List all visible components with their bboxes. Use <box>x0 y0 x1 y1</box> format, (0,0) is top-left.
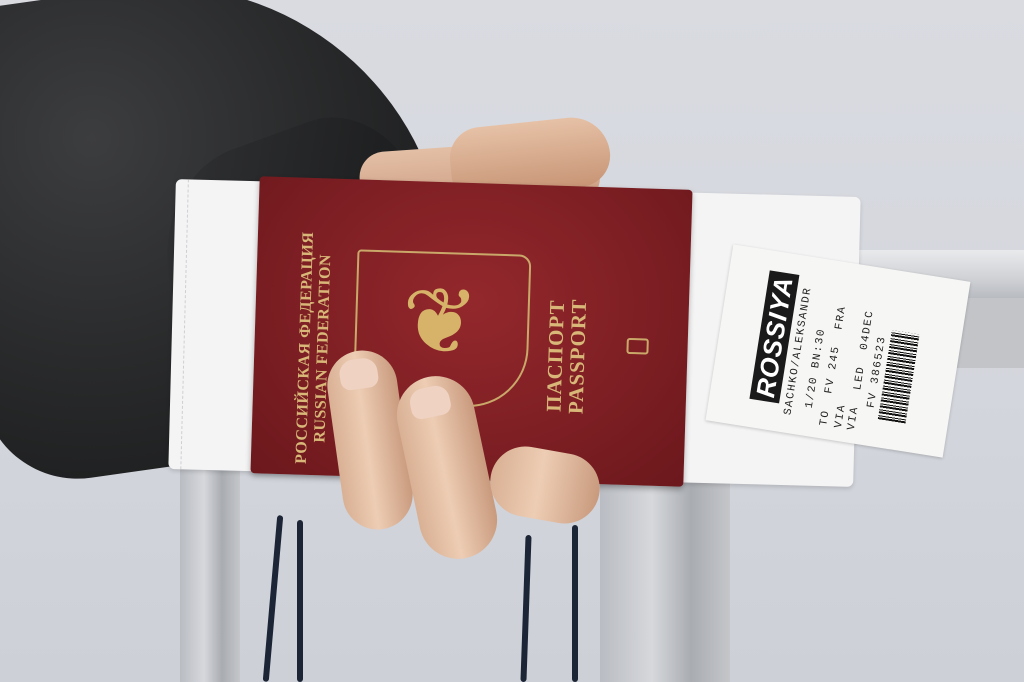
biometric-chip-icon <box>626 338 648 355</box>
fingernail <box>407 383 452 421</box>
background-pillar <box>600 470 730 682</box>
photo-scene: РОССИЙСКАЯ ФЕДЕРАЦИЯ RUSSIAN FEDERATION … <box>0 0 1024 682</box>
perforation <box>180 179 189 469</box>
fingers <box>330 350 600 565</box>
lanyard-strap <box>297 520 303 682</box>
finger <box>390 369 505 566</box>
lanyard-strap <box>572 525 578 682</box>
fingernail <box>338 356 380 391</box>
finger <box>485 441 605 529</box>
baggage-tag: ROSSIYA SACHKO/ALEKSANDR 1/20 BN:30 TO F… <box>706 244 971 457</box>
